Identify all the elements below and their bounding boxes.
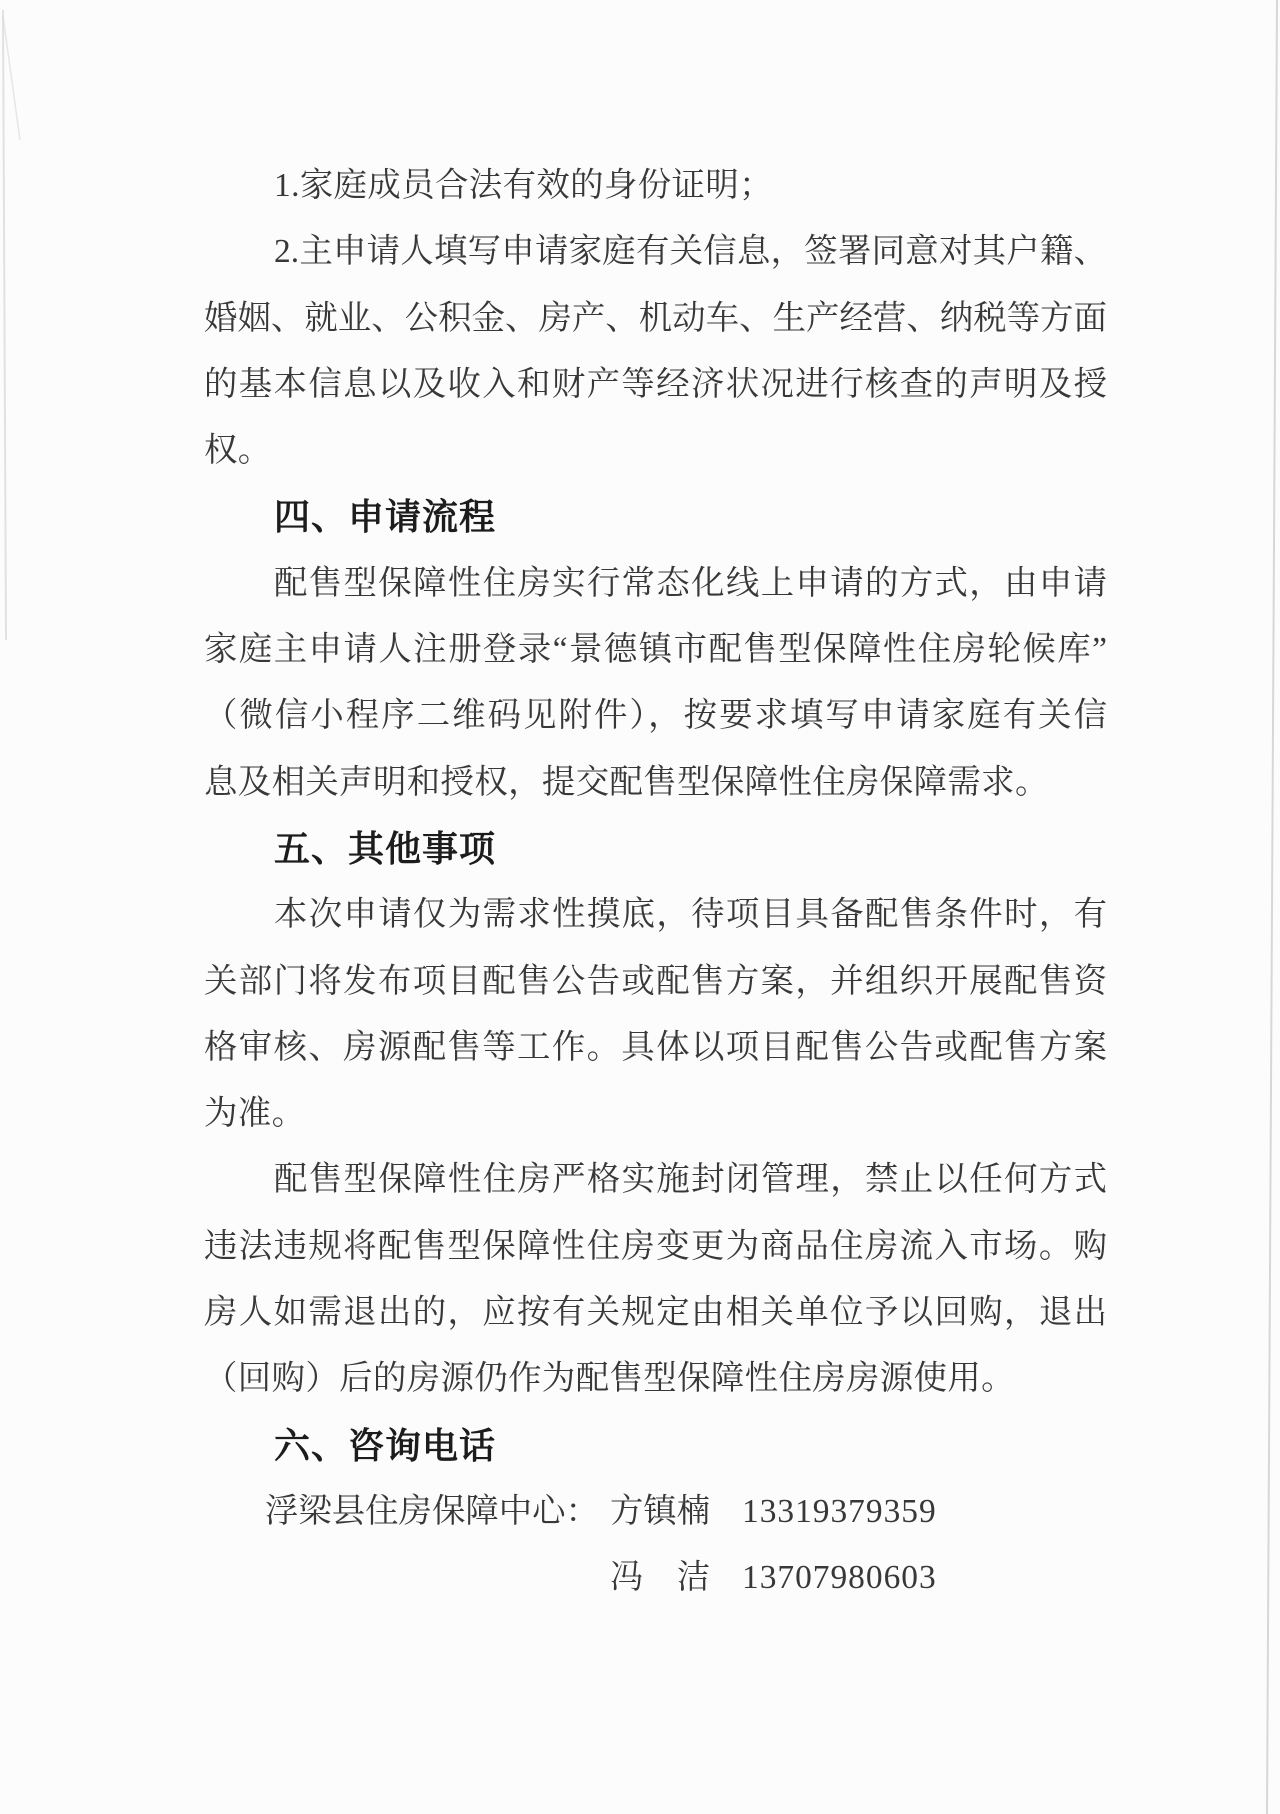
scan-crease-line <box>3 16 20 140</box>
scan-edge-line-left <box>3 10 6 640</box>
contact-name: 冯 洁 <box>610 1545 742 1611</box>
document-line: 2.主申请人填写申请家庭有关信息，签署同意对其户籍、 <box>204 219 1107 285</box>
document-line: 为准。 <box>204 1081 1107 1147</box>
document-body: 1.家庭成员合法有效的身份证明；2.主申请人填写申请家庭有关信息，签署同意对其户… <box>204 153 1107 1612</box>
document-line: （回购）后的房源仍作为配售型保障性住房房源使用。 <box>204 1346 1107 1412</box>
document-line: 1.家庭成员合法有效的身份证明； <box>204 153 1107 219</box>
document-line: 房人如需退出的，应按有关规定由相关单位予以回购，退出 <box>204 1280 1107 1346</box>
document-line: 本次申请仅为需求性摸底，待项目具备配售条件时，有 <box>204 882 1107 948</box>
document-line: 关部门将发布项目配售公告或配售方案，并组织开展配售资 <box>204 949 1107 1015</box>
document-line: 婚姻、就业、公积金、房产、机动车、生产经营、纳税等方面 <box>204 286 1107 352</box>
section-heading: 六、咨询电话 <box>204 1413 1107 1479</box>
section-heading: 五、其他事项 <box>204 816 1107 882</box>
document-line: 配售型保障性住房实行常态化线上申请的方式，由申请 <box>204 551 1107 617</box>
contact-row: 浮梁县住房保障中心： 方镇楠 13319379359 <box>204 1479 1107 1545</box>
contact-name: 方镇楠 <box>610 1479 742 1545</box>
scanned-document-page: 1.家庭成员合法有效的身份证明；2.主申请人填写申请家庭有关信息，签署同意对其户… <box>0 0 1280 1814</box>
contact-row: 冯 洁 13707980603 <box>204 1545 1107 1611</box>
contact-phone: 13319379359 <box>742 1479 1107 1545</box>
document-line: （微信小程序二维码见附件），按要求填写申请家庭有关信 <box>204 683 1107 749</box>
contact-phone: 13707980603 <box>742 1545 1107 1611</box>
contact-org: 浮梁县住房保障中心： <box>265 1479 610 1545</box>
document-line: 息及相关声明和授权，提交配售型保障性住房保障需求。 <box>204 750 1107 816</box>
document-line: 格审核、房源配售等工作。具体以项目配售公告或配售方案 <box>204 1015 1107 1081</box>
scan-edge-line-right <box>1267 0 1277 1814</box>
section-heading: 四、申请流程 <box>204 484 1107 550</box>
document-line: 配售型保障性住房严格实施封闭管理，禁止以任何方式 <box>204 1147 1107 1213</box>
document-line: 的基本信息以及收入和财产等经济状况进行核查的声明及授 <box>204 352 1107 418</box>
document-line: 家庭主申请人注册登录“景德镇市配售型保障性住房轮候库” <box>204 617 1107 683</box>
document-line: 权。 <box>204 418 1107 484</box>
contact-org <box>265 1545 610 1611</box>
document-line: 违法违规将配售型保障性住房变更为商品住房流入市场。购 <box>204 1214 1107 1280</box>
